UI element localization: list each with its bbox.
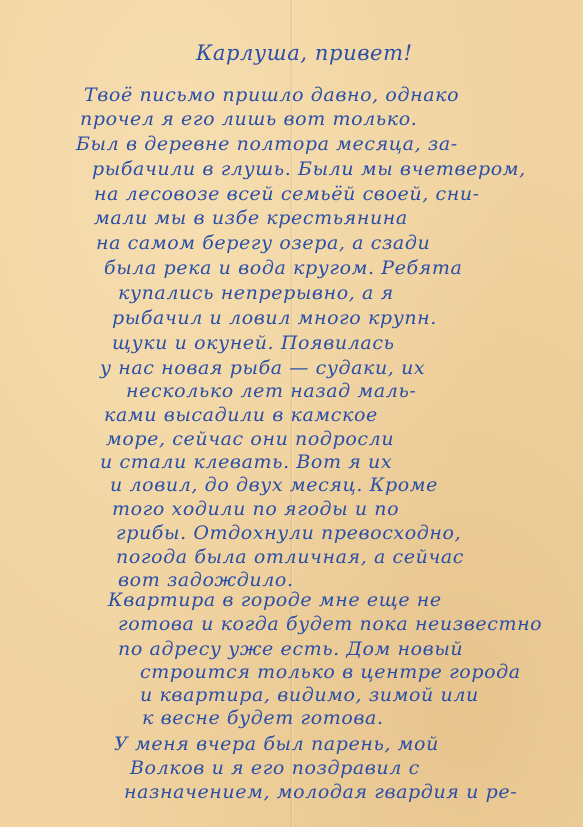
letter-line: несколько лет назад маль- (126, 380, 416, 402)
letter-line: у нас новая рыба — судаки, их (100, 357, 425, 379)
letter-line: того ходили по ягоды и по (112, 498, 399, 520)
letter-line: и квартира, видимо, зимой или (140, 684, 479, 706)
letter-line: на лесовозе всей семьёй своей, сни- (94, 183, 480, 205)
letter-line: погода была отличная, а сейчас (116, 546, 464, 568)
letter-line: щуки и окуней. Появилась (112, 332, 395, 354)
letter-line: рыбачил и ловил много крупн. (112, 307, 437, 329)
letter-line: и ловил, до двух месяц. Кроме (110, 474, 438, 496)
letter-line: мали мы в избе крестьянина (94, 207, 408, 229)
letter-line: У меня вчера был парень, мой (114, 733, 439, 755)
letter-line: готова и когда будет пока неизвестно (118, 613, 542, 635)
letter-line: рыбачили в глушь. Были мы вчетвером, (92, 158, 526, 180)
letter-page: Карлуша, привет! Твоё письмо пришло давн… (0, 0, 583, 827)
letter-line: Был в деревне полтора месяца, за- (76, 133, 458, 155)
letter-line: море, сейчас они подросли (106, 428, 394, 450)
letter-line: была река и вода кругом. Ребята (104, 257, 462, 279)
letter-line: купались непрерывно, а я (118, 282, 394, 304)
letter-line: к весне будет готова. (142, 707, 384, 729)
letter-line: по адресу уже есть. Дом новый (118, 638, 463, 660)
letter-line: строится только в центре города (140, 661, 521, 683)
letter-line: Твоё письмо пришло давно, однако (84, 84, 459, 106)
letter-line: Волков и я его поздравил с (130, 757, 420, 779)
letter-line: прочел я его лишь вот только. (80, 108, 417, 130)
letter-line: грибы. Отдохнули превосходно, (116, 522, 461, 544)
letter-line: назначением, молодая гвардия и ре- (124, 781, 517, 803)
letter-line: Квартира в городе мне еще не (108, 589, 442, 611)
letter-line: ками высадили в камское (104, 404, 378, 426)
letter-line: вот задождило. (118, 569, 294, 591)
letter-line: и стали клевать. Вот я их (100, 451, 392, 473)
letter-line: на самом берегу озера, а сзади (96, 232, 430, 254)
letter-greeting: Карлуша, привет! (196, 42, 413, 64)
